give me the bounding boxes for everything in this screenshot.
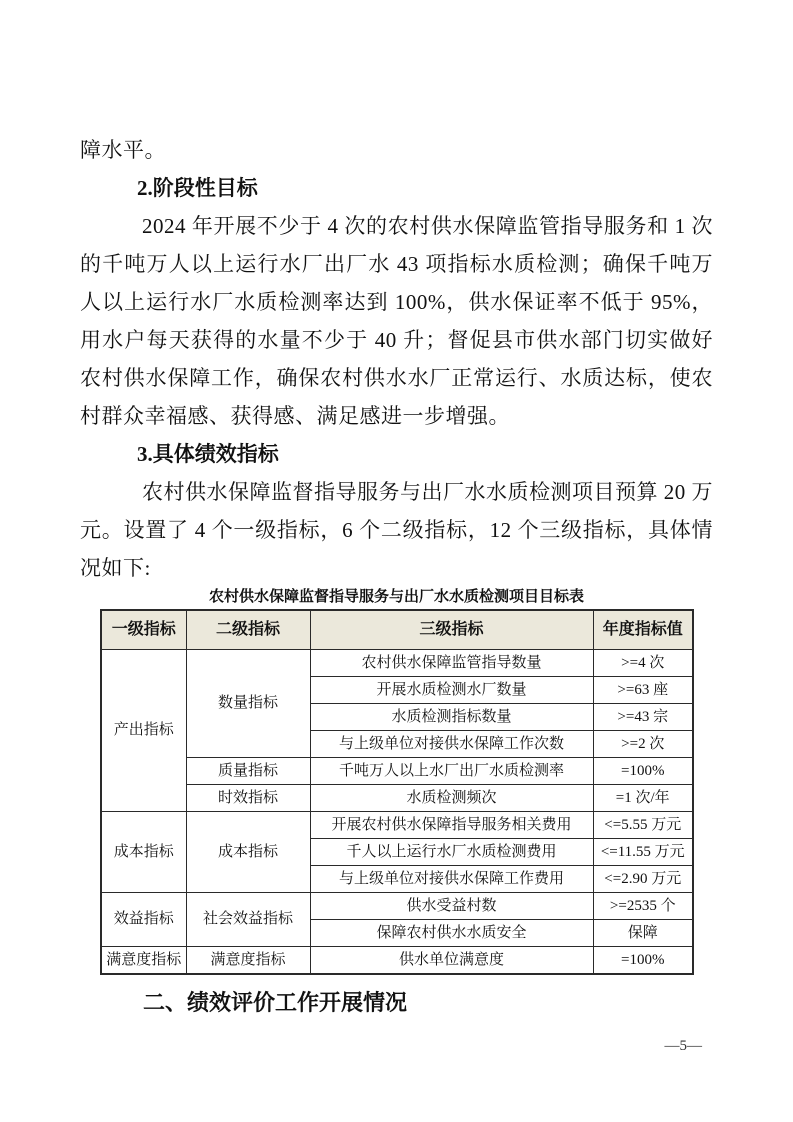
table-row: 质量指标千吨万人以上水厂出厂水质检测率=100% — [101, 758, 693, 785]
annual-target-value-cell: <=11.55 万元 — [593, 839, 693, 866]
level3-indicator-cell: 水质检测频次 — [310, 785, 593, 812]
table-row: 效益指标社会效益指标供水受益村数>=2535 个 — [101, 893, 693, 920]
table-header-cell: 一级指标 — [101, 610, 186, 650]
table-header-cell: 年度指标值 — [593, 610, 693, 650]
level3-indicator-cell: 保障农村供水水质安全 — [310, 920, 593, 947]
level2-indicator-cell: 质量指标 — [186, 758, 310, 785]
table-row: 满意度指标满意度指标供水单位满意度=100% — [101, 947, 693, 975]
document-body: 障水平。 2.阶段性目标 2024 年开展不少于 4 次的农村供水保障监管指导服… — [80, 131, 713, 1022]
level3-indicator-cell: 水质检测指标数量 — [310, 704, 593, 731]
annual-target-value-cell: >=4 次 — [593, 650, 693, 677]
level3-indicator-cell: 开展农村供水保障指导服务相关费用 — [310, 812, 593, 839]
level1-indicator-cell: 成本指标 — [101, 812, 186, 893]
table-header-cell: 二级指标 — [186, 610, 310, 650]
heading-stage-goals: 2.阶段性目标 — [80, 169, 713, 207]
table-row: 产出指标数量指标农村供水保障监管指导数量>=4 次 — [101, 650, 693, 677]
level3-indicator-cell: 农村供水保障监管指导数量 — [310, 650, 593, 677]
annual-target-value-cell: =100% — [593, 947, 693, 975]
heading-section-two: 二、绩效评价工作开展情况 — [80, 984, 713, 1022]
annual-target-value-cell: <=2.90 万元 — [593, 866, 693, 893]
table-header-row: 一级指标二级指标三级指标年度指标值 — [101, 610, 693, 650]
level2-indicator-cell: 满意度指标 — [186, 947, 310, 975]
annual-target-value-cell: <=5.55 万元 — [593, 812, 693, 839]
level1-indicator-cell: 效益指标 — [101, 893, 186, 947]
heading-specific-indicators: 3.具体绩效指标 — [80, 435, 713, 473]
indicator-target-table: 一级指标二级指标三级指标年度指标值 产出指标数量指标农村供水保障监管指导数量>=… — [100, 609, 694, 975]
table-row: 成本指标成本指标开展农村供水保障指导服务相关费用<=5.55 万元 — [101, 812, 693, 839]
level3-indicator-cell: 与上级单位对接供水保障工作费用 — [310, 866, 593, 893]
level3-indicator-cell: 千吨万人以上水厂出厂水质检测率 — [310, 758, 593, 785]
annual-target-value-cell: >=2 次 — [593, 731, 693, 758]
page-number: —5— — [665, 1038, 703, 1054]
paragraph-stage-goals: 2024 年开展不少于 4 次的农村供水保障监管指导服务和 1 次的千吨万人以上… — [80, 207, 713, 435]
table-row: 时效指标水质检测频次=1 次/年 — [101, 785, 693, 812]
level2-indicator-cell: 成本指标 — [186, 812, 310, 893]
level3-indicator-cell: 供水单位满意度 — [310, 947, 593, 975]
level3-indicator-cell: 千人以上运行水厂水质检测费用 — [310, 839, 593, 866]
paragraph-specific-indicators: 农村供水保障监督指导服务与出厂水水质检测项目预算 20 万元。设置了 4 个一级… — [80, 473, 713, 587]
annual-target-value-cell: >=43 宗 — [593, 704, 693, 731]
annual-target-value-cell: 保障 — [593, 920, 693, 947]
level2-indicator-cell: 社会效益指标 — [186, 893, 310, 947]
level3-indicator-cell: 与上级单位对接供水保障工作次数 — [310, 731, 593, 758]
level1-indicator-cell: 满意度指标 — [101, 947, 186, 975]
level3-indicator-cell: 供水受益村数 — [310, 893, 593, 920]
paragraph-continuation: 障水平。 — [80, 131, 713, 169]
annual-target-value-cell: >=2535 个 — [593, 893, 693, 920]
annual-target-value-cell: =1 次/年 — [593, 785, 693, 812]
table-header-cell: 三级指标 — [310, 610, 593, 650]
annual-target-value-cell: =100% — [593, 758, 693, 785]
table-caption: 农村供水保障监督指导服务与出厂水水质检测项目目标表 — [80, 588, 713, 606]
document-page: 障水平。 2.阶段性目标 2024 年开展不少于 4 次的农村供水保障监管指导服… — [0, 0, 793, 1122]
level1-indicator-cell: 产出指标 — [101, 650, 186, 812]
level2-indicator-cell: 数量指标 — [186, 650, 310, 758]
annual-target-value-cell: >=63 座 — [593, 677, 693, 704]
level3-indicator-cell: 开展水质检测水厂数量 — [310, 677, 593, 704]
level2-indicator-cell: 时效指标 — [186, 785, 310, 812]
